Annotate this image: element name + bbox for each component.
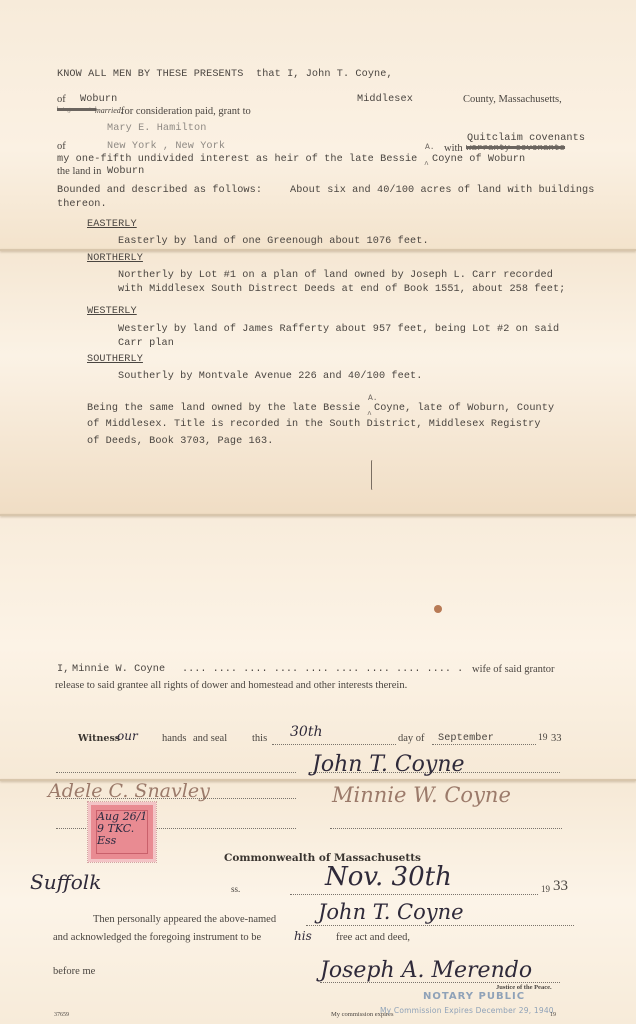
covenant-struck: warranty covenants: [466, 143, 565, 153]
signature-line: [56, 798, 296, 799]
officer-title: Justice of the Peace.: [496, 984, 552, 991]
interest-insert: A.: [425, 143, 435, 152]
of-label: of: [57, 94, 66, 105]
witness-month: September: [438, 733, 494, 744]
appeared-name-line: [306, 925, 574, 926]
county-state: County, Massachusetts,: [463, 94, 562, 105]
officer-signature: Joseph A. Merendo: [320, 958, 532, 983]
title-line-1: Being the same land owned by the late Be…: [87, 403, 360, 414]
witness-label: Witness: [78, 733, 120, 744]
grantee-name: Mary E. Hamilton: [107, 123, 206, 134]
notary-public-stamp: NOTARY PUBLIC: [423, 991, 525, 1002]
boundary-line: Northerly by Lot #1 on a plan of land ow…: [118, 270, 553, 281]
boundary-line: Carr plan: [118, 338, 174, 349]
boundary-line: Easterly by land of one Greenough about …: [118, 236, 429, 247]
acknowledgment-county: Suffolk: [30, 870, 101, 894]
before-me-label: before me: [53, 966, 95, 977]
grantor-town: Woburn: [80, 94, 117, 105]
marital-struck: being unmarried: [57, 107, 97, 113]
release-text: release to said grantee all rights of do…: [55, 680, 407, 691]
title-line-3: of Deeds, Book 3703, Page 163.: [87, 436, 273, 447]
witness-this: this: [252, 733, 267, 744]
boundary-heading-easterly: EASTERLY: [87, 219, 137, 230]
grantee-location: New York , New York: [107, 141, 225, 152]
appeared-name: John T. Coyne: [318, 900, 464, 924]
witness-day-of: day of: [398, 733, 425, 744]
day-line: [272, 744, 396, 745]
witness-and-seal: and seal: [193, 733, 227, 744]
wife-signature: Minnie W. Coyne: [332, 783, 511, 807]
commission-stamp: My Commission Expires December 29, 1940: [380, 1006, 554, 1015]
pencil-mark: [371, 460, 374, 490]
ack-year-prefix: 19: [541, 884, 550, 894]
pronoun: his: [294, 929, 312, 943]
date-line: [290, 894, 538, 895]
bounded-desc-cont: thereon.: [57, 199, 107, 210]
stain-spot: [434, 605, 442, 613]
witness-year-suffix: 33: [551, 733, 562, 744]
land-in-town: Woburn: [107, 166, 144, 177]
grantor-county: Middlesex: [357, 94, 413, 105]
bounded-desc: About six and 40/100 acres of land with …: [290, 185, 594, 196]
marital-status: married,: [95, 106, 123, 115]
wife-of-text: wife of said grantor: [472, 664, 555, 675]
signature-line: [56, 772, 296, 773]
title-line-1-end: Coyne, late of Woburn, County: [374, 403, 554, 414]
boundary-heading-southerly: SOUTHERLY: [87, 354, 143, 365]
appeared-text: Then personally appeared the above-named: [93, 914, 276, 925]
land-in-label: the land in: [57, 166, 101, 177]
boundary-line: with Middlesex South Distrect Deeds at e…: [118, 284, 565, 295]
release-dots: .... .... .... .... .... .... .... .... …: [182, 664, 463, 675]
month-line: [432, 744, 536, 745]
witness-hands: hands: [162, 733, 187, 744]
revenue-stamp: Aug 26/1 9 TKC. Ess: [88, 802, 156, 862]
boundary-heading-northerly: NORTHERLY: [87, 253, 143, 264]
grantor-intro: that I, John T. Coyne,: [256, 69, 393, 80]
boundary-heading-westerly: WESTERLY: [87, 306, 137, 317]
deed-heading: KNOW ALL MEN BY THESE PRESENTS: [57, 69, 243, 80]
fold-line: [0, 514, 636, 516]
bounded-label: Bounded and described as follows:: [57, 185, 262, 196]
deed-page: KNOW ALL MEN BY THESE PRESENTS that I, J…: [0, 0, 636, 1024]
acknowledgment-date: Nov. 30th: [325, 862, 452, 892]
witness-our: our: [117, 729, 138, 743]
ack-year-suffix: 33: [553, 878, 568, 895]
title-line-2: of Middlesex. Title is recorded in the S…: [87, 419, 541, 430]
witness-year-prefix: 19: [538, 733, 548, 743]
signature-line: [330, 828, 562, 829]
interest-line-end: Coyne of Woburn: [432, 154, 525, 165]
title-insert: A.: [368, 394, 378, 403]
stamp-cancellation: Aug 26/1 9 TKC. Ess: [97, 811, 147, 847]
commission-year: 19: [550, 1012, 556, 1018]
grantee-of-label: of: [57, 141, 66, 152]
form-number: 37659: [54, 1012, 69, 1018]
grantor-signature: John T. Coyne: [312, 752, 465, 777]
boundary-line: Southerly by Montvale Avenue 226 and 40/…: [118, 371, 422, 382]
consideration-text: for consideration paid, grant to: [121, 106, 251, 117]
fold-panel-1: [0, 0, 636, 250]
acknowledged-text: and acknowledged the foregoing instrumen…: [53, 932, 261, 943]
free-act-text: free act and deed,: [336, 932, 410, 943]
wife-name: Minnie W. Coyne: [72, 664, 165, 675]
fold-line: [0, 249, 636, 251]
caret-mark: ^: [424, 161, 429, 170]
ss-label: ss.: [231, 884, 240, 894]
witness-day: 30th: [290, 724, 322, 740]
covenant-with: with: [444, 143, 463, 154]
boundary-line: Westerly by land of James Rafferty about…: [118, 324, 559, 335]
release-intro: I,: [57, 664, 69, 675]
interest-line: my one-fifth undivided interest as heir …: [57, 154, 417, 165]
